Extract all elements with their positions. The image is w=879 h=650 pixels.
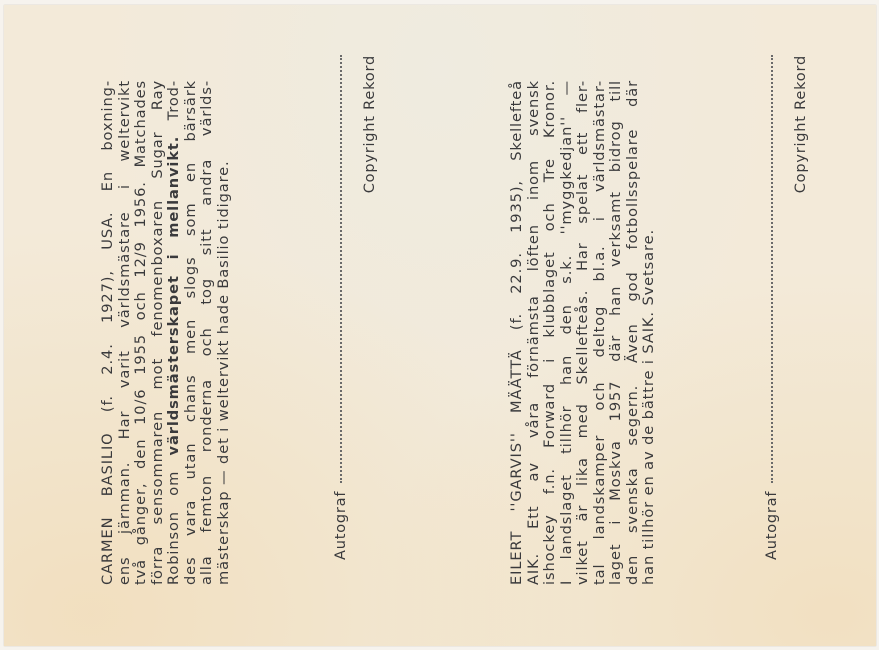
- bio-line: vilket är lika med Skellefteås. Har spel…: [575, 80, 592, 585]
- autograph-label: Autograf: [333, 491, 349, 560]
- bio-line: EILERT ''GARVIS'' MÄÄTTÄ (f. 22.9. 1935)…: [509, 80, 526, 585]
- bio-carmen-basilio: CARMEN BASILIO (f. 2.4. 1927), USA. En b…: [100, 80, 232, 585]
- bio-line-with-emphasis: Robinson om världsmästerskapet i mellanv…: [165, 80, 182, 585]
- bio-line: den svenska segern. Även god fotbollsspe…: [625, 80, 642, 585]
- bio-line: des vara utan chans men slogs som en bär…: [183, 80, 200, 585]
- copyright-1: Copyright Rekord: [362, 55, 378, 560]
- bio-line: två gånger, den 10/6 1955 och 12/9 1956.…: [133, 80, 150, 585]
- trading-card-back: CARMEN BASILIO (f. 2.4. 1927), USA. En b…: [4, 5, 876, 646]
- bio-line-bold: Robinson om världsmästerskapet i mellanv…: [166, 80, 183, 585]
- bio-line: alla femton ronderna och tog sitt andra …: [199, 80, 216, 585]
- autograph-line-1[interactable]: Autograf: [333, 55, 349, 560]
- bio-line: laget i Moskva 1957 där han verksamt bid…: [608, 80, 625, 585]
- bio-line: CARMEN BASILIO (f. 2.4. 1927), USA. En b…: [100, 80, 117, 585]
- bio-line: ishockey f.n. Forward i klubblaget och T…: [542, 80, 559, 585]
- bio-line: han tillhör en av de bättre i SAIK. Svet…: [641, 80, 658, 585]
- autograph-dotted-line: [771, 55, 773, 483]
- bio-emphasis: världsmästerskapet i mellanvikt.: [165, 136, 182, 456]
- copyright-2: Copyright Rekord: [793, 55, 809, 560]
- bio-eilert-maatta: EILERT ''GARVIS'' MÄÄTTÄ (f. 22.9. 1935)…: [509, 80, 658, 585]
- bio-line: förra sensommaren mot fenomenboxaren Sug…: [150, 80, 167, 585]
- bio-line: ens järnman. Har varit världsmästare i w…: [117, 80, 134, 585]
- autograph-label: Autograf: [764, 491, 780, 560]
- bio-line: mästerskap — det i weltervikt hade Basil…: [216, 80, 233, 585]
- autograph-dotted-line: [340, 55, 342, 483]
- bio-line: AIK. Ett av våra förnämsta löften inom s…: [526, 80, 543, 585]
- bio-line: I landslaget tillhör han den s.k. ''mygg…: [559, 80, 576, 585]
- autograph-line-2[interactable]: Autograf: [764, 55, 780, 560]
- bio-line: tal landskamper och deltog bl.a. i värld…: [592, 80, 609, 585]
